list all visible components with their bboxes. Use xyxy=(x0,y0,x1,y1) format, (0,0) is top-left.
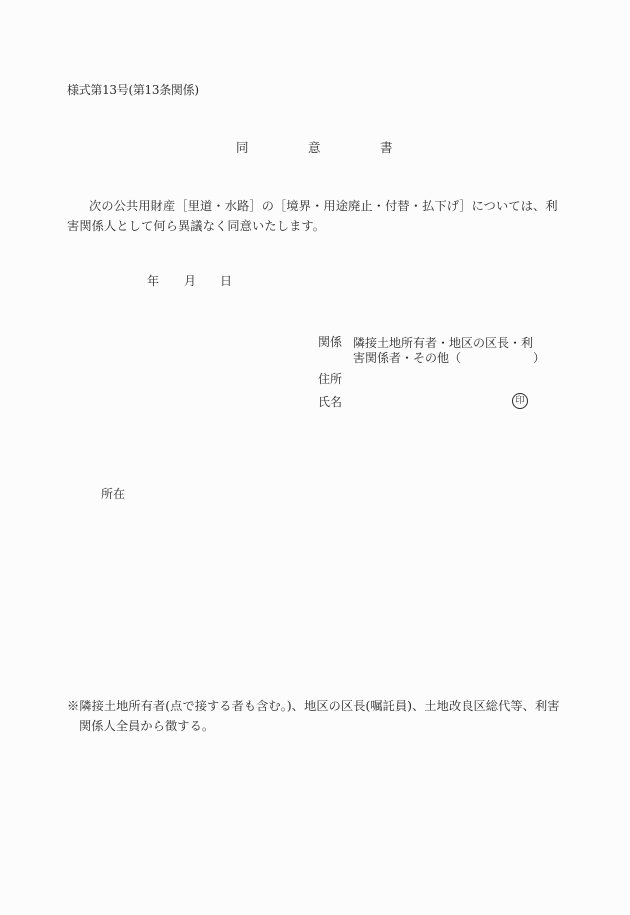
location-label: 所在 xyxy=(101,488,125,500)
year-label: 年 xyxy=(147,275,159,287)
title-char-3: 書 xyxy=(380,142,393,155)
month-label: 月 xyxy=(184,275,196,287)
relation-options-line-1: 隣接土地所有者・地区の区長・利 xyxy=(353,336,545,351)
relation-options: 隣接土地所有者・地区の区長・利 害関係者・その他（ ） xyxy=(353,336,545,366)
title-char-2: 意 xyxy=(308,142,321,155)
document-title: 同 意 書 xyxy=(0,142,630,158)
relation-options-line-2: 害関係者・その他（ ） xyxy=(353,351,545,366)
seal-icon: 印 xyxy=(512,393,528,409)
relation-label: 関係 xyxy=(318,336,342,348)
title-char-1: 同 xyxy=(236,142,249,155)
name-label: 氏名 xyxy=(318,396,342,408)
footnote: ※隣接土地所有者(点で接する者も含む。)、地区の区長(嘱託員)、土地改良区総代等… xyxy=(67,696,569,736)
form-number: 様式第13号(第13条関係) xyxy=(67,84,199,96)
address-label: 住所 xyxy=(318,373,342,385)
day-label: 日 xyxy=(220,275,232,287)
consent-statement: 次の公共用財産［里道・水路］の［境界・用途廃止・付替・払下げ］については、利害関… xyxy=(67,196,563,236)
